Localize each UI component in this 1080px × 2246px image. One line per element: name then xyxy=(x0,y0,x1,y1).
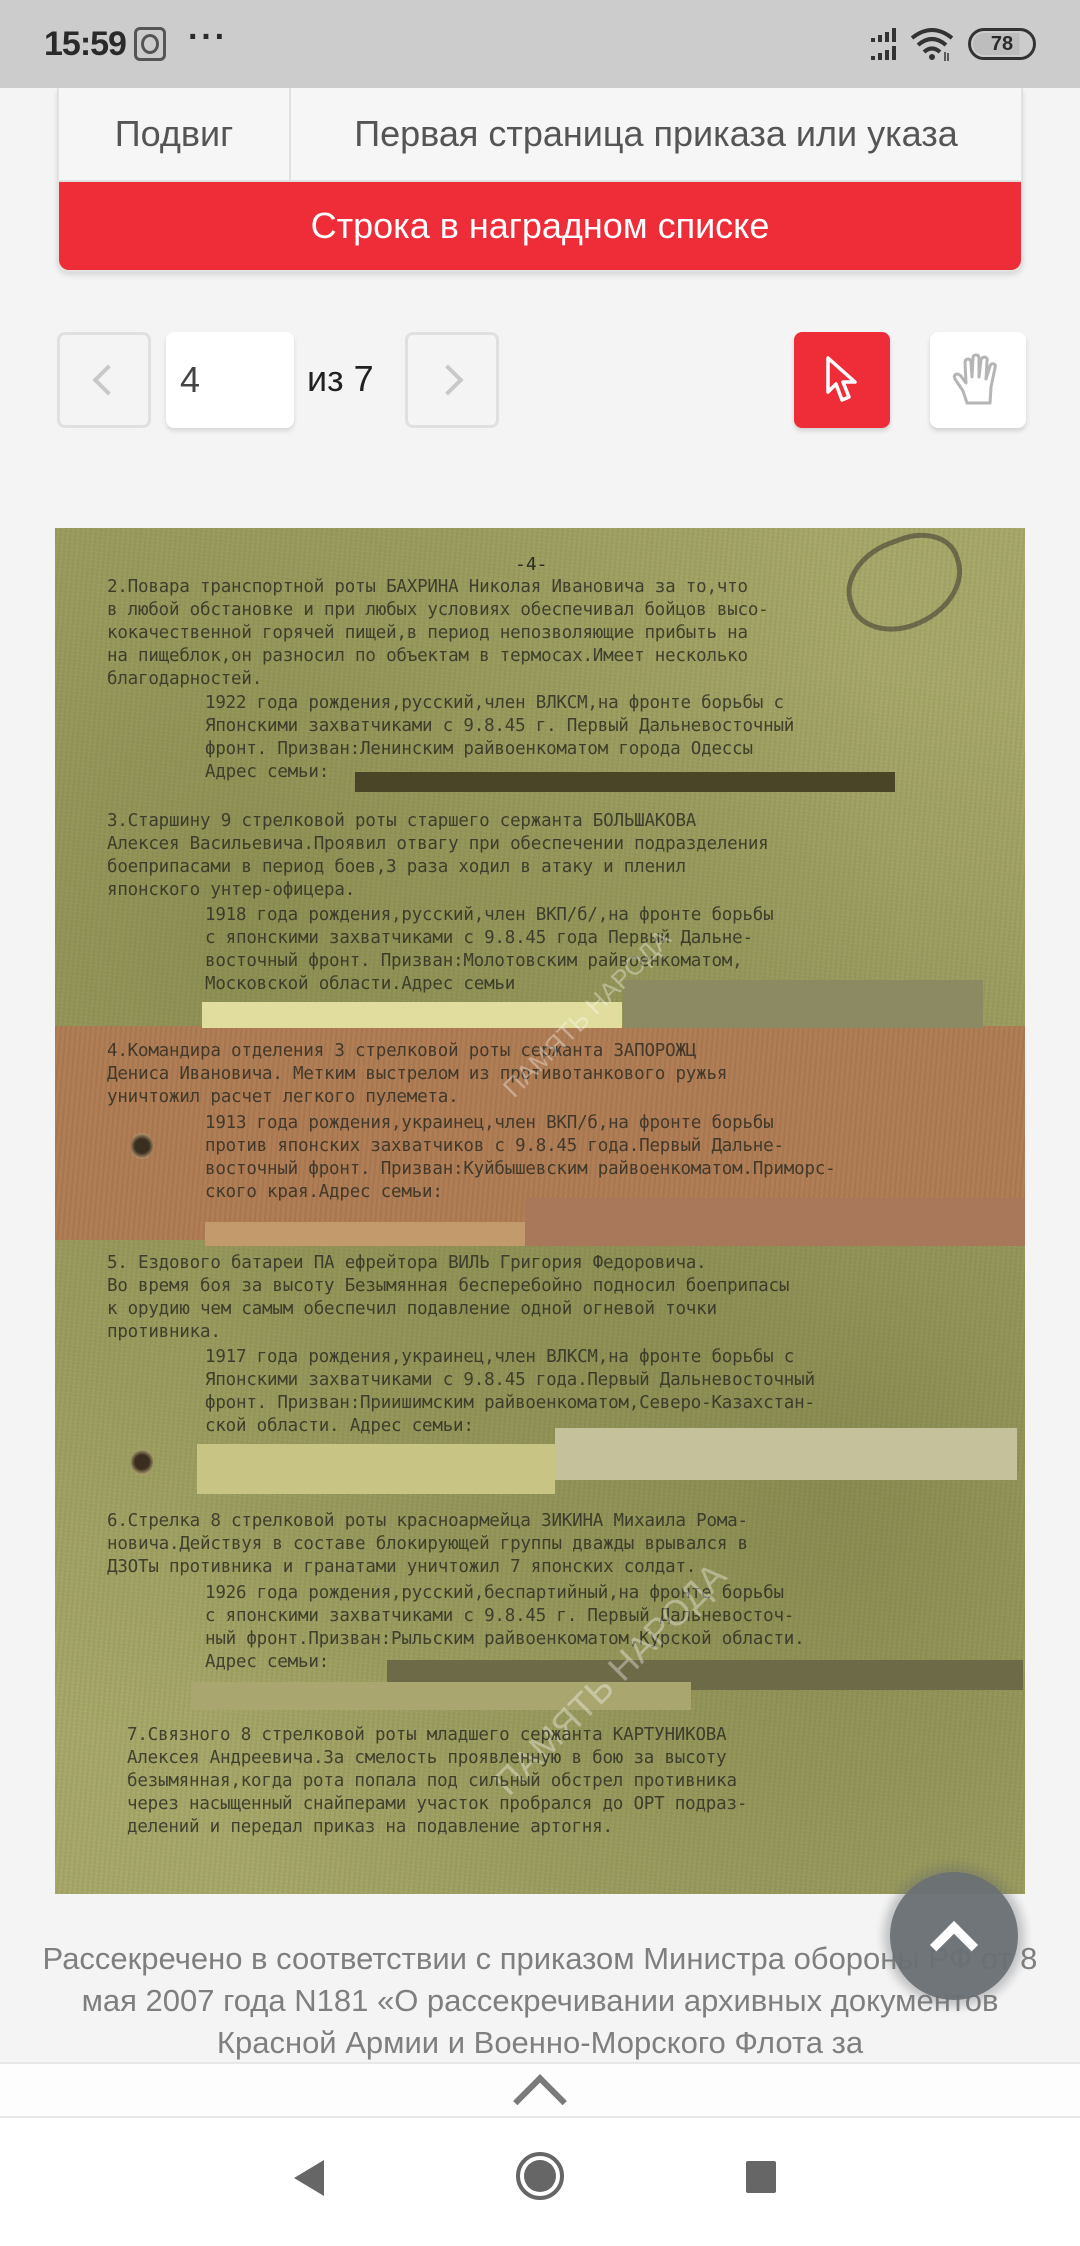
entry-5-bio: 1917 года рождения,украинец,член ВЛКСМ,н… xyxy=(205,1346,815,1438)
status-bar: 15:59 ··· 78 xyxy=(0,0,1080,88)
redaction xyxy=(205,1222,525,1246)
declassification-note: Рассекречено в соответствии с приказом М… xyxy=(40,1938,1040,2064)
system-navigation-bar xyxy=(0,2118,1080,2246)
battery-indicator: 78 xyxy=(968,28,1036,60)
tab-first-page[interactable]: Первая страница приказа или указа xyxy=(291,88,1021,180)
document-scan-image[interactable]: -4- 2.Повара транспортной роты БАХРИНА Н… xyxy=(55,528,1025,1894)
scroll-to-top-button[interactable] xyxy=(890,1872,1018,2000)
redaction xyxy=(623,980,983,1028)
pointer-tool-button[interactable] xyxy=(794,332,890,428)
punch-hole xyxy=(131,1132,153,1160)
redaction xyxy=(525,1198,1025,1246)
entry-7-text: 7.Связного 8 стрелковой роты младшего се… xyxy=(127,1724,747,1839)
punch-hole xyxy=(131,1448,153,1476)
redaction xyxy=(197,1444,555,1494)
chevron-up-icon xyxy=(930,1921,978,1969)
page-total-label: из 7 xyxy=(307,358,374,400)
entry-4-bio: 1913 года рождения,украинец,член ВКП/б,н… xyxy=(205,1112,836,1204)
document-type-tabs: Подвиг Первая страница приказа или указа… xyxy=(57,88,1023,272)
entry-5-text: 5. Ездового батареи ПА ефрейтора ВИЛЬ Гр… xyxy=(107,1252,789,1344)
prev-page-button[interactable] xyxy=(57,332,151,428)
entry-2-text: 2.Повара транспортной роты БАХРИНА Никол… xyxy=(107,576,769,691)
tab-feat[interactable]: Подвиг xyxy=(59,88,291,180)
bottom-sheet-handle[interactable] xyxy=(0,2062,1080,2118)
redaction xyxy=(355,772,895,792)
status-time: 15:59 xyxy=(44,25,126,64)
hand-icon xyxy=(951,353,1005,407)
signal-icon xyxy=(871,28,896,60)
entry-2-bio: 1922 года рождения,русский,член ВЛКСМ,на… xyxy=(205,692,794,784)
redaction xyxy=(555,1428,1017,1480)
home-icon[interactable] xyxy=(516,2152,564,2200)
page-number-input[interactable] xyxy=(166,332,294,428)
pointer-icon xyxy=(822,354,862,406)
screen-record-icon xyxy=(134,27,166,61)
tab-award-list-line[interactable]: Строка в наградном списке xyxy=(59,182,1021,270)
entry-4-text: 4.Командира отделения 3 стрелковой роты … xyxy=(107,1040,727,1109)
page-mark: -4- xyxy=(515,554,548,575)
recent-apps-icon[interactable] xyxy=(746,2161,776,2193)
chevron-left-icon xyxy=(92,364,123,395)
chevron-right-icon xyxy=(432,364,463,395)
handwritten-number xyxy=(833,528,977,646)
next-page-button[interactable] xyxy=(405,332,499,428)
more-notifications-icon: ··· xyxy=(188,18,228,57)
entry-3-text: 3.Старшину 9 стрелковой роты старшего се… xyxy=(107,810,769,902)
entry-6-text: 6.Стрелка 8 стрелковой роты красноармейц… xyxy=(107,1510,748,1579)
page-navigator: из 7 xyxy=(57,332,1023,428)
hand-tool-button[interactable] xyxy=(930,332,1026,428)
wifi-icon xyxy=(910,26,954,62)
back-icon[interactable] xyxy=(294,2160,324,2196)
